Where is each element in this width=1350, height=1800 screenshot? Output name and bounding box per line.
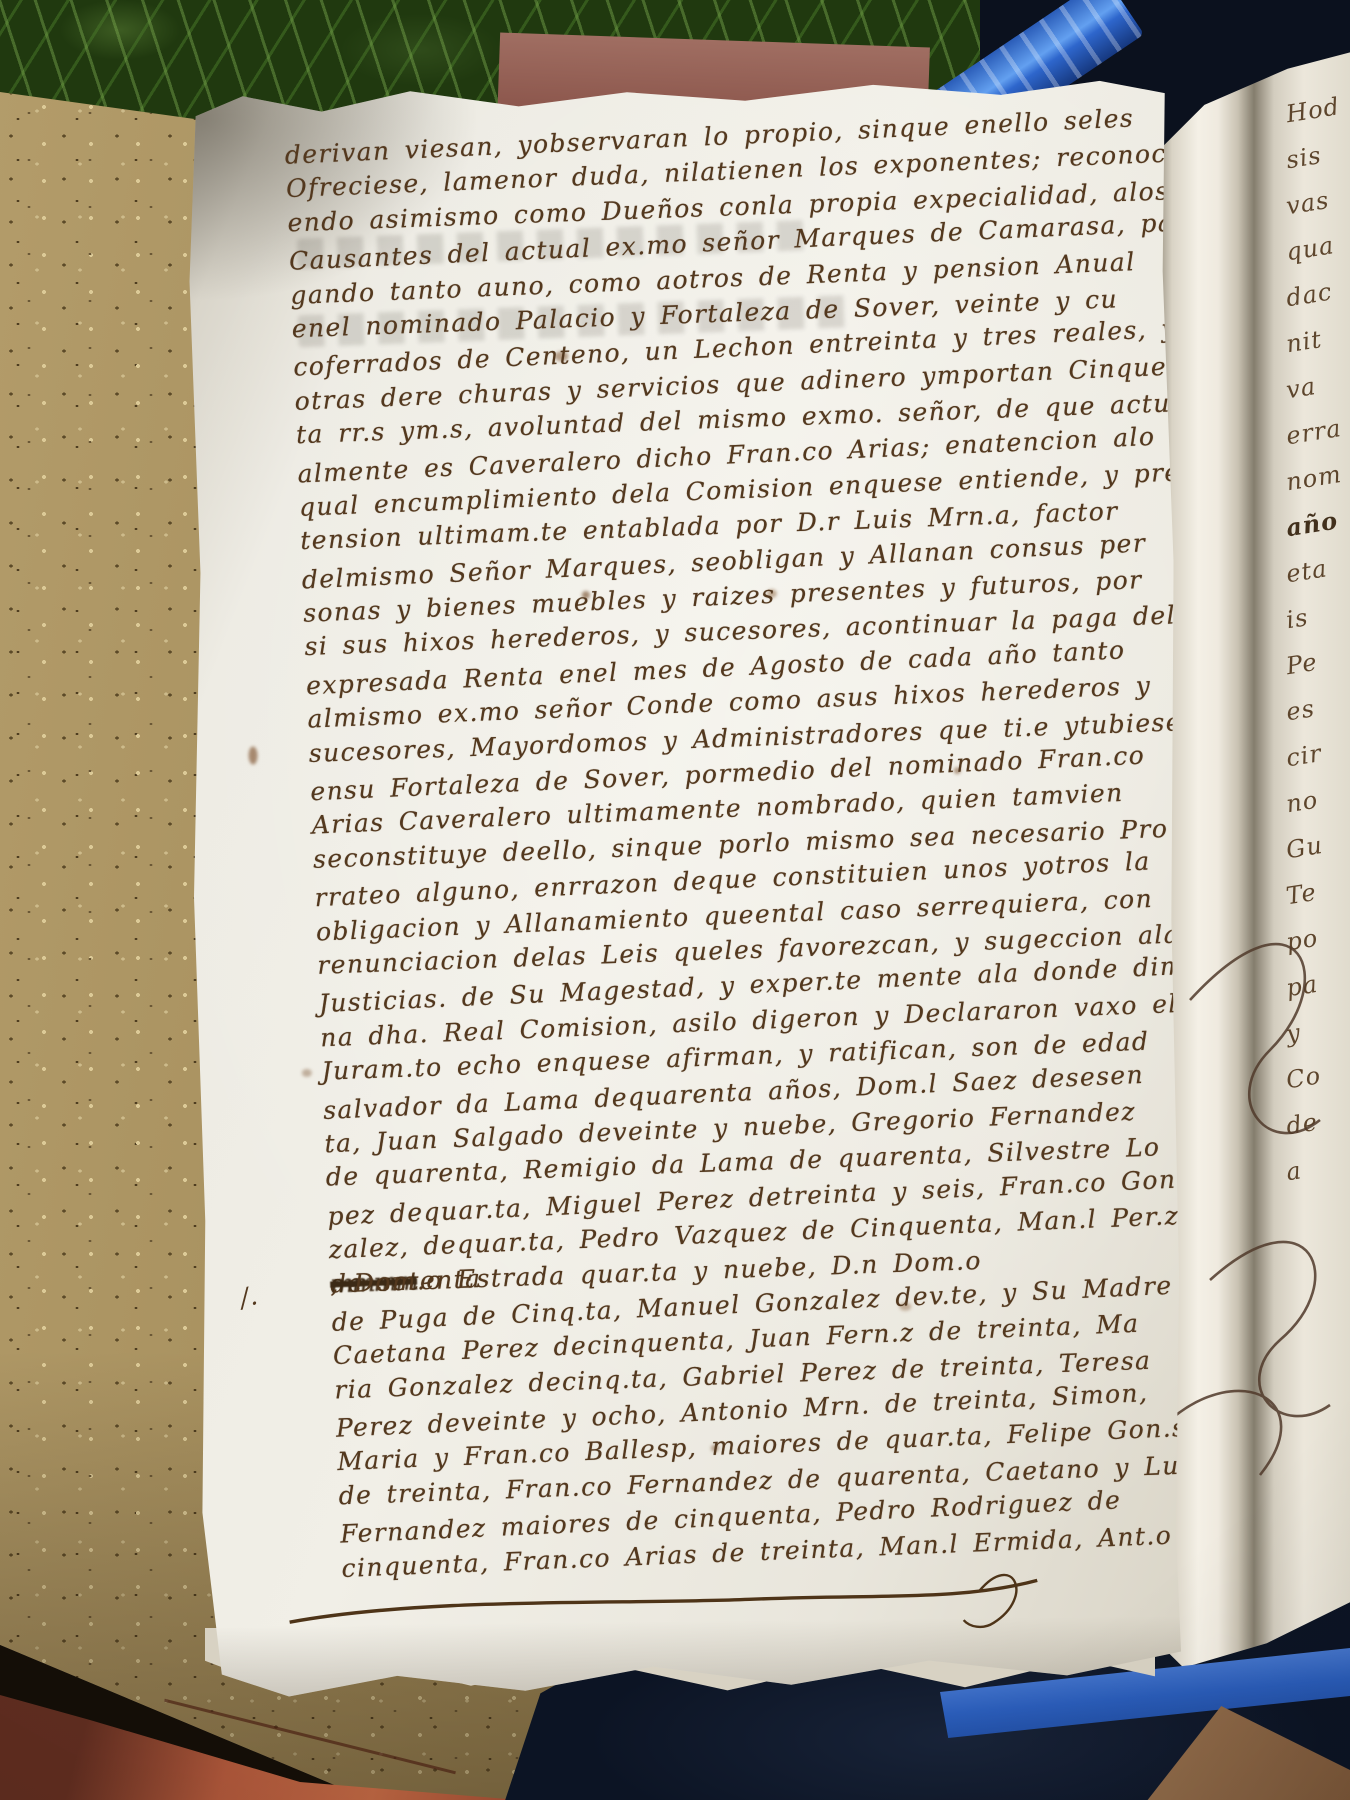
ink-stain (302, 1069, 312, 1077)
signature-flourish (1150, 860, 1350, 1500)
underline-flourish (279, 1556, 1080, 1654)
ink-stain (248, 746, 257, 764)
photo-scene: HodsisvasquadacnitvaerranomañoetaisPeesc… (0, 0, 1350, 1800)
manuscript-text: derivan viesan, yobservaran lo propio, s… (284, 101, 1208, 1586)
margin-mark: /. (237, 1281, 260, 1314)
manuscript-page: /. derivan viesan, yobservaran lo propio… (184, 77, 1186, 1707)
